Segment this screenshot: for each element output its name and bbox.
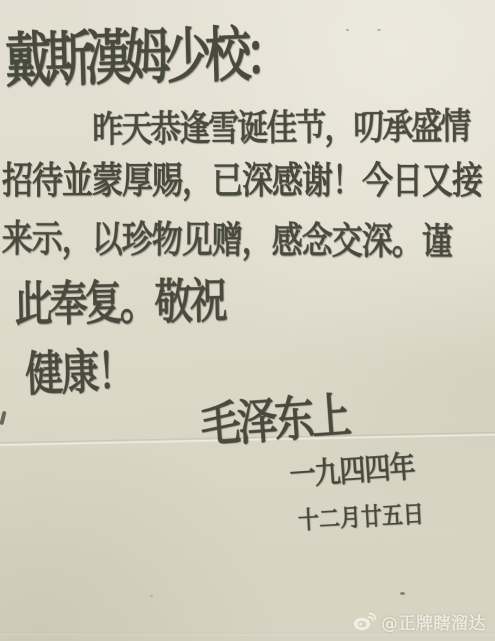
paper-speck [377, 29, 381, 31]
stray-ink-mark [0, 411, 7, 426]
letter-photo: 戴斯漢姆少校： 昨天恭逢雪诞佳节，叨承盛情 招待並蒙厚赐，已深感谢！今日又接 来… [0, 0, 495, 641]
letter-body-line-4: 此奉复。敬祝 [14, 262, 225, 334]
letter-well-wish: 健康！ [24, 332, 134, 404]
letter-signature: 毛泽东上 [198, 378, 350, 457]
letter-body-line-2: 招待並蒙厚赐，已深感谢！今日又接 [2, 150, 482, 204]
paper-speck [150, 595, 153, 597]
letter-body-line-3: 来示，以珍物见赠，感念交深。谨 [2, 208, 452, 265]
letter-date-day: 十二月廿五日 [297, 495, 425, 536]
watermark-handle: @正牌瞎溜达 [381, 609, 486, 634]
letter-salutation: 戴斯漢姆少校： [4, 7, 286, 100]
letter-body-line-1: 昨天恭逢雪诞佳节，叨承盛情 [92, 97, 469, 152]
letter-date-year: 一九四四年 [288, 443, 416, 494]
paper-speck [400, 592, 405, 595]
paper-speck [346, 29, 349, 31]
watermark: @正牌瞎溜达 [353, 609, 486, 634]
weibo-icon [353, 612, 376, 631]
